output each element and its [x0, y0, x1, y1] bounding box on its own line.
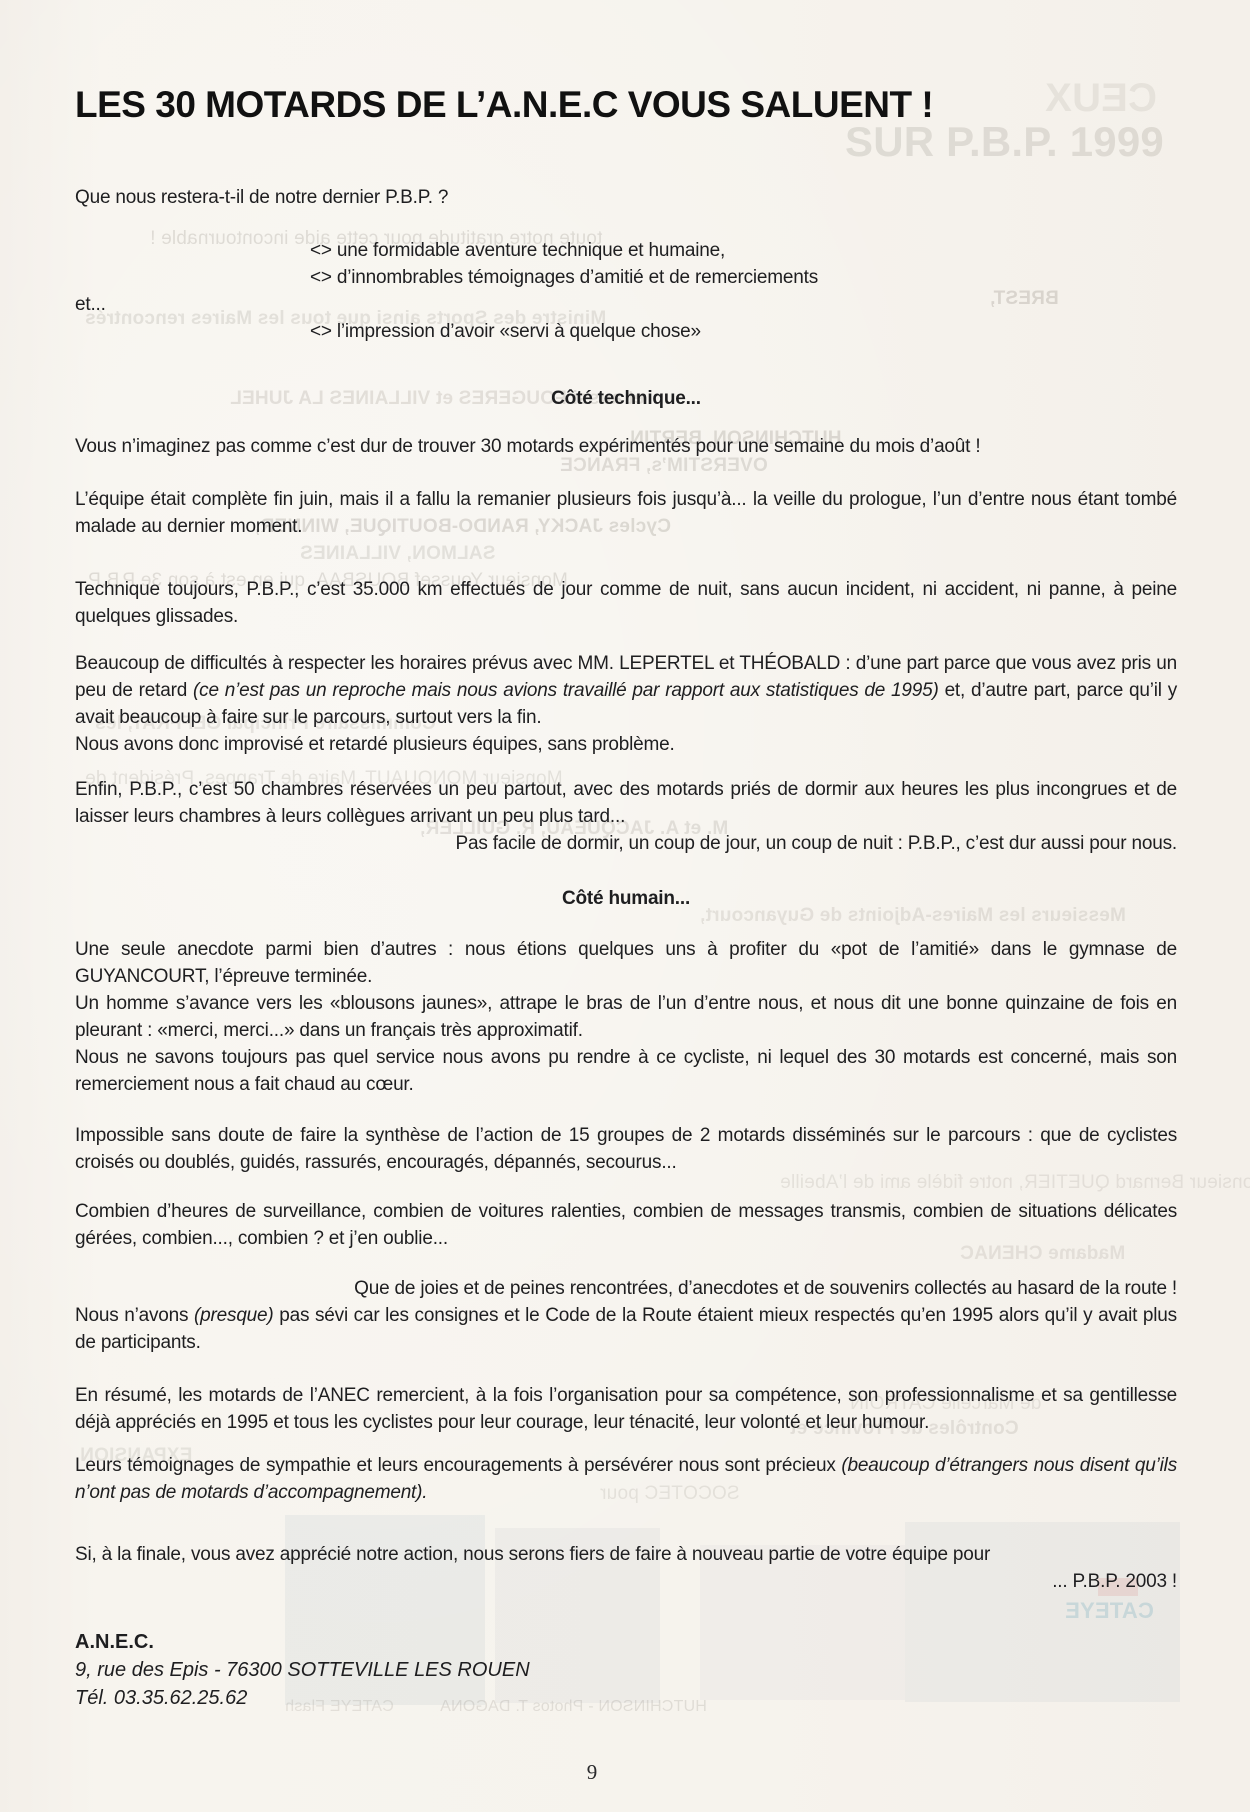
paragraph: L’équipe était complète fin juin, mais i…	[75, 486, 1177, 540]
show-through-text: CATEYE	[1065, 1598, 1154, 1624]
paragraph: Une seule anecdote parmi bien d’autres :…	[75, 936, 1177, 990]
paragraph-line: Que nous restera-t-il de notre dernier P…	[75, 184, 1177, 211]
right-aligned-line: Pas facile de dormir, un coup de jour, u…	[75, 830, 1177, 857]
paragraph: Nous ne savons toujours pas quel service…	[75, 1044, 1177, 1098]
page-number: 9	[0, 1760, 1184, 1785]
right-aligned-line: Que de joies et de peines rencontrées, d…	[75, 1275, 1177, 1302]
section-heading: Côté technique...	[75, 385, 1177, 412]
footer: A.N.E.C. 9, rue des Epis - 76300 SOTTEVI…	[75, 1628, 530, 1712]
list-item: <> l’impression d’avoir «servi à quelque…	[75, 318, 1177, 345]
paragraph: Beaucoup de difficultés à respecter les …	[75, 650, 1177, 731]
paragraph: Impossible sans doute de faire la synthè…	[75, 1122, 1177, 1176]
list-item: <> d’innombrables témoignages d’amitié e…	[75, 264, 1177, 291]
page-title: LES 30 MOTARDS DE L’A.N.E.C VOUS SALUENT…	[75, 85, 1177, 124]
page-content: LES 30 MOTARDS DE L’A.N.E.C VOUS SALUENT…	[75, 85, 1177, 1595]
footer-org-name: A.N.E.C.	[75, 1628, 530, 1656]
footer-address: 9, rue des Epis - 76300 SOTTEVILLE LES R…	[75, 1656, 530, 1684]
list-item: <> une formidable aventure technique et …	[75, 237, 1177, 264]
footer-phone: Tél. 03.35.62.25.62	[75, 1684, 530, 1712]
page: CEUXSUR P.B.P. 1999toute notre gratitude…	[0, 0, 1250, 1812]
paragraph: Combien d’heures de surveillance, combie…	[75, 1198, 1177, 1252]
paragraph: En résumé, les motards de l’ANEC remerci…	[75, 1382, 1177, 1436]
paragraph: Leurs témoignages de sympathie et leurs …	[75, 1452, 1177, 1506]
paragraph: Vous n’imaginez pas comme c’est dur de t…	[75, 433, 1177, 460]
paragraph: Technique toujours, P.B.P., c’est 35.000…	[75, 576, 1177, 630]
section-heading: Côté humain...	[75, 885, 1177, 912]
article-body: Que nous restera-t-il de notre dernier P…	[75, 184, 1177, 1595]
paragraph: Nous n’avons (presque) pas sévi car les …	[75, 1302, 1177, 1356]
paragraph: Nous avons donc improvisé et retardé plu…	[75, 731, 1177, 758]
paragraph: Enfin, P.B.P., c’est 50 chambres réservé…	[75, 776, 1177, 830]
paragraph: Un homme s’avance vers les «blousons jau…	[75, 990, 1177, 1044]
paragraph-line: et...	[75, 291, 1177, 318]
scanned-newsletter-page: { "page": { "title": "LES 30 MOTARDS DE …	[0, 0, 1250, 1812]
right-aligned-line: ... P.B.P. 2003 !	[75, 1568, 1177, 1595]
paragraph: Si, à la finale, vous avez apprécié notr…	[75, 1541, 1177, 1568]
